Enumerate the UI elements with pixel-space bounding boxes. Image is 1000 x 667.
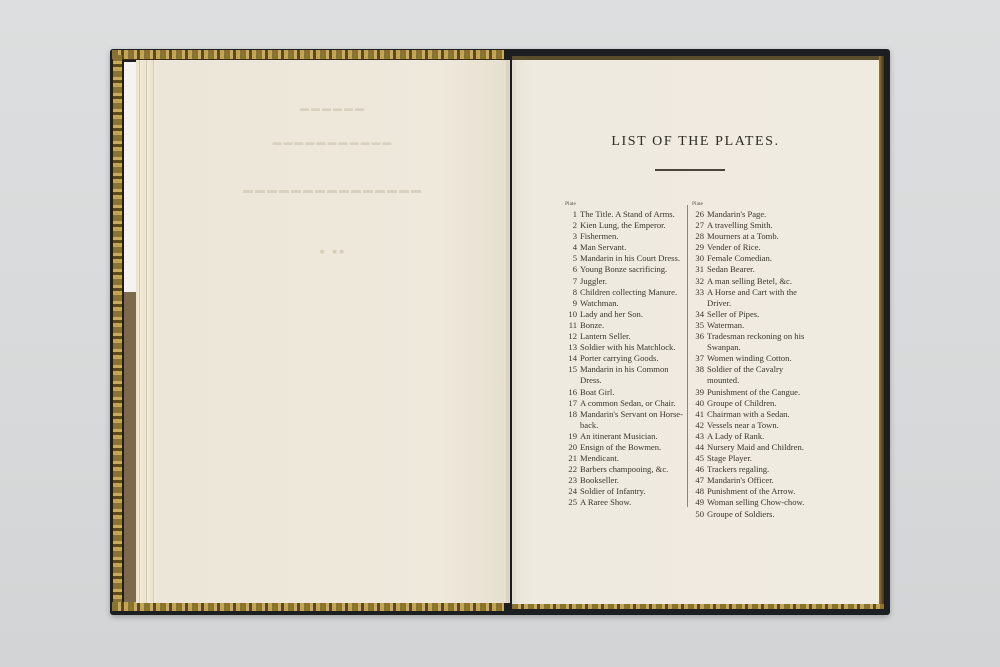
plate-number: 3	[563, 231, 580, 242]
plate-number: 1	[563, 209, 580, 220]
plate-entry: 44Nursery Maid and Children.	[690, 442, 816, 453]
plate-entry: 45Stage Player.	[690, 453, 816, 464]
plate-title: Mandarin in his Court Dress.	[580, 253, 685, 264]
plate-entry: 46Trackers regaling.	[690, 464, 816, 475]
plate-title: Sedan Bearer.	[707, 264, 816, 275]
plate-entry: 10Lady and her Son.	[563, 309, 685, 320]
plate-entry: 17A common Sedan, or Chair.	[563, 398, 685, 409]
plate-title: An itinerant Musician.	[580, 431, 685, 442]
plate-entry: 33A Horse and Cart with the	[690, 287, 816, 298]
plate-number: 15	[563, 364, 580, 375]
plate-title: A Lady of Rank.	[707, 431, 816, 442]
plate-entry: 26Mandarin's Page.	[690, 209, 816, 220]
column-header: Plate	[565, 200, 685, 209]
plate-entry: 43A Lady of Rank.	[690, 431, 816, 442]
plate-title: Vender of Rice.	[707, 242, 816, 253]
plate-number: 47	[690, 475, 707, 486]
gilt-border-bottom-left	[112, 602, 504, 611]
plate-title: Porter carrying Goods.	[580, 353, 685, 364]
plate-title: Children collecting Manure.	[580, 287, 685, 298]
plate-title: Man Servant.	[580, 242, 685, 253]
plate-entry: 37Women winding Cotton.	[690, 353, 816, 364]
plate-title: Seller of Pipes.	[707, 309, 816, 320]
plate-title: Fishermen.	[580, 231, 685, 242]
plate-entry: 49Woman selling Chow-chow.	[690, 497, 816, 508]
plate-title: Trackers regaling.	[707, 464, 816, 475]
plate-entry: 18Mandarin's Servant on Horse-	[563, 409, 685, 420]
plate-title: Boat Girl.	[580, 387, 685, 398]
plate-number: 13	[563, 342, 580, 353]
endpaper-white	[124, 62, 136, 292]
plate-title: Soldier with his Matchlock.	[580, 342, 685, 353]
plate-number: 22	[563, 464, 580, 475]
show-through-text: ▬▬▬▬▬▬▬▬▬▬▬▬▬▬▬	[156, 185, 510, 196]
plate-number: 34	[690, 309, 707, 320]
plate-entry: 41Chairman with a Sedan.	[690, 409, 816, 420]
plate-entry: 48Punishment of the Arrow.	[690, 486, 816, 497]
plate-number: 33	[690, 287, 707, 298]
plate-entry: 19An itinerant Musician.	[563, 431, 685, 442]
plate-entry: 15Mandarin in his Common	[563, 364, 685, 375]
plate-entry: 13Soldier with his Matchlock.	[563, 342, 685, 353]
plate-number: 23	[563, 475, 580, 486]
plate-title-continuation: Dress.	[563, 375, 685, 386]
plate-title: Punishment of the Arrow.	[707, 486, 816, 497]
plate-entry: 27A travelling Smith.	[690, 220, 816, 231]
plate-entry: 31Sedan Bearer.	[690, 264, 816, 275]
plate-number: 28	[690, 231, 707, 242]
plate-number: 42	[690, 420, 707, 431]
plate-title: Juggler.	[580, 276, 685, 287]
plate-title: Female Comedian.	[707, 253, 816, 264]
plate-title: Mourners at a Tomb.	[707, 231, 816, 242]
plate-entry: 4Man Servant.	[563, 242, 685, 253]
plate-title: Nursery Maid and Children.	[707, 442, 816, 453]
plate-number: 35	[690, 320, 707, 331]
plate-number: 39	[690, 387, 707, 398]
plate-entry: 47Mandarin's Officer.	[690, 475, 816, 486]
plate-title: Kien Lung, the Emperor.	[580, 220, 685, 231]
plate-title: Mandarin's Servant on Horse-	[580, 409, 685, 420]
plate-title: Lantern Seller.	[580, 331, 685, 342]
column-divider	[687, 205, 688, 507]
plate-entry: 3Fishermen.	[563, 231, 685, 242]
plate-number: 27	[690, 220, 707, 231]
plate-title: A common Sedan, or Chair.	[580, 398, 685, 409]
plate-number: 4	[563, 242, 580, 253]
plate-number: 44	[690, 442, 707, 453]
plate-number: 2	[563, 220, 580, 231]
plate-number: 26	[690, 209, 707, 220]
plate-number: 37	[690, 353, 707, 364]
plate-entry: 1The Title. A Stand of Arms.	[563, 209, 685, 220]
plate-number: 29	[690, 242, 707, 253]
plate-number: 43	[690, 431, 707, 442]
plate-entry: 21Mendicant.	[563, 453, 685, 464]
plate-title: A Horse and Cart with the	[707, 287, 816, 298]
plate-entry: 29Vender of Rice.	[690, 242, 816, 253]
plate-entry: 9Watchman.	[563, 298, 685, 309]
plate-number: 10	[563, 309, 580, 320]
plate-entry: 32A man selling Betel, &c.	[690, 276, 816, 287]
plate-title: Punishment of the Cangue.	[707, 387, 816, 398]
plate-entry: 11Bonze.	[563, 320, 685, 331]
plates-column-1: Plate 1The Title. A Stand of Arms.2Kien …	[563, 200, 685, 509]
plate-number: 18	[563, 409, 580, 420]
plate-number: 9	[563, 298, 580, 309]
plate-number: 31	[690, 264, 707, 275]
plate-title: Mandarin's Officer.	[707, 475, 816, 486]
plate-entry: 35Waterman.	[690, 320, 816, 331]
endpaper-brown	[124, 292, 136, 602]
plate-number: 40	[690, 398, 707, 409]
plate-entry: 5Mandarin in his Court Dress.	[563, 253, 685, 264]
plate-title: Mendicant.	[580, 453, 685, 464]
plate-title: Stage Player.	[707, 453, 816, 464]
plate-entry: 8Children collecting Manure.	[563, 287, 685, 298]
plate-title: A man selling Betel, &c.	[707, 276, 816, 287]
plate-title: Bookseller.	[580, 475, 685, 486]
plate-entry: 30Female Comedian.	[690, 253, 816, 264]
plate-title-continuation: Swanpan.	[690, 342, 816, 353]
plate-title: Bonze.	[580, 320, 685, 331]
plate-title: Lady and her Son.	[580, 309, 685, 320]
plate-number: 11	[563, 320, 580, 331]
plate-number: 32	[690, 276, 707, 287]
plate-number: 24	[563, 486, 580, 497]
plate-title: Women winding Cotton.	[707, 353, 816, 364]
plate-number: 12	[563, 331, 580, 342]
gilt-border-bottom-right	[512, 604, 884, 609]
plate-title: A travelling Smith.	[707, 220, 816, 231]
plate-number: 8	[563, 287, 580, 298]
gilt-border-left	[113, 55, 122, 607]
plate-entry: 38Soldier of the Cavalry mounted.	[690, 364, 816, 386]
plate-number: 20	[563, 442, 580, 453]
title-rule	[655, 169, 725, 171]
plate-number: 6	[563, 264, 580, 275]
plate-number: 36	[690, 331, 707, 342]
plate-entry: 2Kien Lung, the Emperor.	[563, 220, 685, 231]
plate-number: 17	[563, 398, 580, 409]
plate-number: 48	[690, 486, 707, 497]
plates-column-2: Plate 26Mandarin's Page.27A travelling S…	[690, 200, 816, 520]
plate-entry: 14Porter carrying Goods.	[563, 353, 685, 364]
plate-title: Vessels near a Town.	[707, 420, 816, 431]
plate-number: 50	[690, 509, 707, 520]
plate-number: 46	[690, 464, 707, 475]
plate-number: 45	[690, 453, 707, 464]
plate-entry: 25A Raree Show.	[563, 497, 685, 508]
page-title: LIST OF THE PLATES.	[512, 134, 879, 150]
plate-title: Soldier of Infantry.	[580, 486, 685, 497]
plate-title: Groupe of Soldiers.	[707, 509, 816, 520]
plate-title: Soldier of the Cavalry mounted.	[707, 364, 816, 386]
plate-number: 30	[690, 253, 707, 264]
plate-entry: 12Lantern Seller.	[563, 331, 685, 342]
plate-title: Mandarin in his Common	[580, 364, 685, 375]
show-through-text: ▬▬▬▬▬▬	[156, 103, 510, 113]
plate-title: Chairman with a Sedan.	[707, 409, 816, 420]
plate-entry: 22Barbers champooing, &c.	[563, 464, 685, 475]
plate-number: 21	[563, 453, 580, 464]
plate-entry: 39Punishment of the Cangue.	[690, 387, 816, 398]
plate-title: Barbers champooing, &c.	[580, 464, 685, 475]
plate-entry: 23Bookseller.	[563, 475, 685, 486]
plate-entry: 50Groupe of Soldiers.	[690, 509, 816, 520]
page-block-edges	[136, 60, 158, 603]
plate-title: Young Bonze sacrificing.	[580, 264, 685, 275]
plate-entry: 6Young Bonze sacrificing.	[563, 264, 685, 275]
plate-title: Mandarin's Page.	[707, 209, 816, 220]
plate-title: Ensign of the Bowmen.	[580, 442, 685, 453]
plate-number: 25	[563, 497, 580, 508]
plate-title-continuation: back.	[563, 420, 685, 431]
gilt-border-top-left	[112, 50, 504, 60]
show-through-text: ▬▬▬▬▬▬▬▬▬▬▬	[156, 137, 510, 147]
plate-number: 7	[563, 276, 580, 287]
plate-entry: 20Ensign of the Bowmen.	[563, 442, 685, 453]
plate-title: The Title. A Stand of Arms.	[580, 209, 685, 220]
plate-number: 38	[690, 364, 707, 386]
plate-number: 49	[690, 497, 707, 508]
plate-entry: 42Vessels near a Town.	[690, 420, 816, 431]
plate-number: 19	[563, 431, 580, 442]
column-header: Plate	[692, 200, 816, 209]
plate-title: Watchman.	[580, 298, 685, 309]
plate-title: Waterman.	[707, 320, 816, 331]
plate-number: 14	[563, 353, 580, 364]
plate-entry: 24Soldier of Infantry.	[563, 486, 685, 497]
plate-title: Groupe of Children.	[707, 398, 816, 409]
plate-entry: 40Groupe of Children.	[690, 398, 816, 409]
plate-title: Woman selling Chow-chow.	[707, 497, 816, 508]
plate-number: 41	[690, 409, 707, 420]
show-through-text: ▪ ▪▪	[156, 245, 510, 261]
plate-entry: 16Boat Girl.	[563, 387, 685, 398]
plate-number: 5	[563, 253, 580, 264]
plate-entry: 28Mourners at a Tomb.	[690, 231, 816, 242]
plate-entry: 36Tradesman reckoning on his	[690, 331, 816, 342]
gilt-border-right	[879, 56, 884, 606]
plate-entry: 7Juggler.	[563, 276, 685, 287]
plate-title-continuation: Driver.	[690, 298, 816, 309]
plate-entry: 34Seller of Pipes.	[690, 309, 816, 320]
plate-title: A Raree Show.	[580, 497, 685, 508]
plate-number: 16	[563, 387, 580, 398]
plate-title: Tradesman reckoning on his	[707, 331, 816, 342]
